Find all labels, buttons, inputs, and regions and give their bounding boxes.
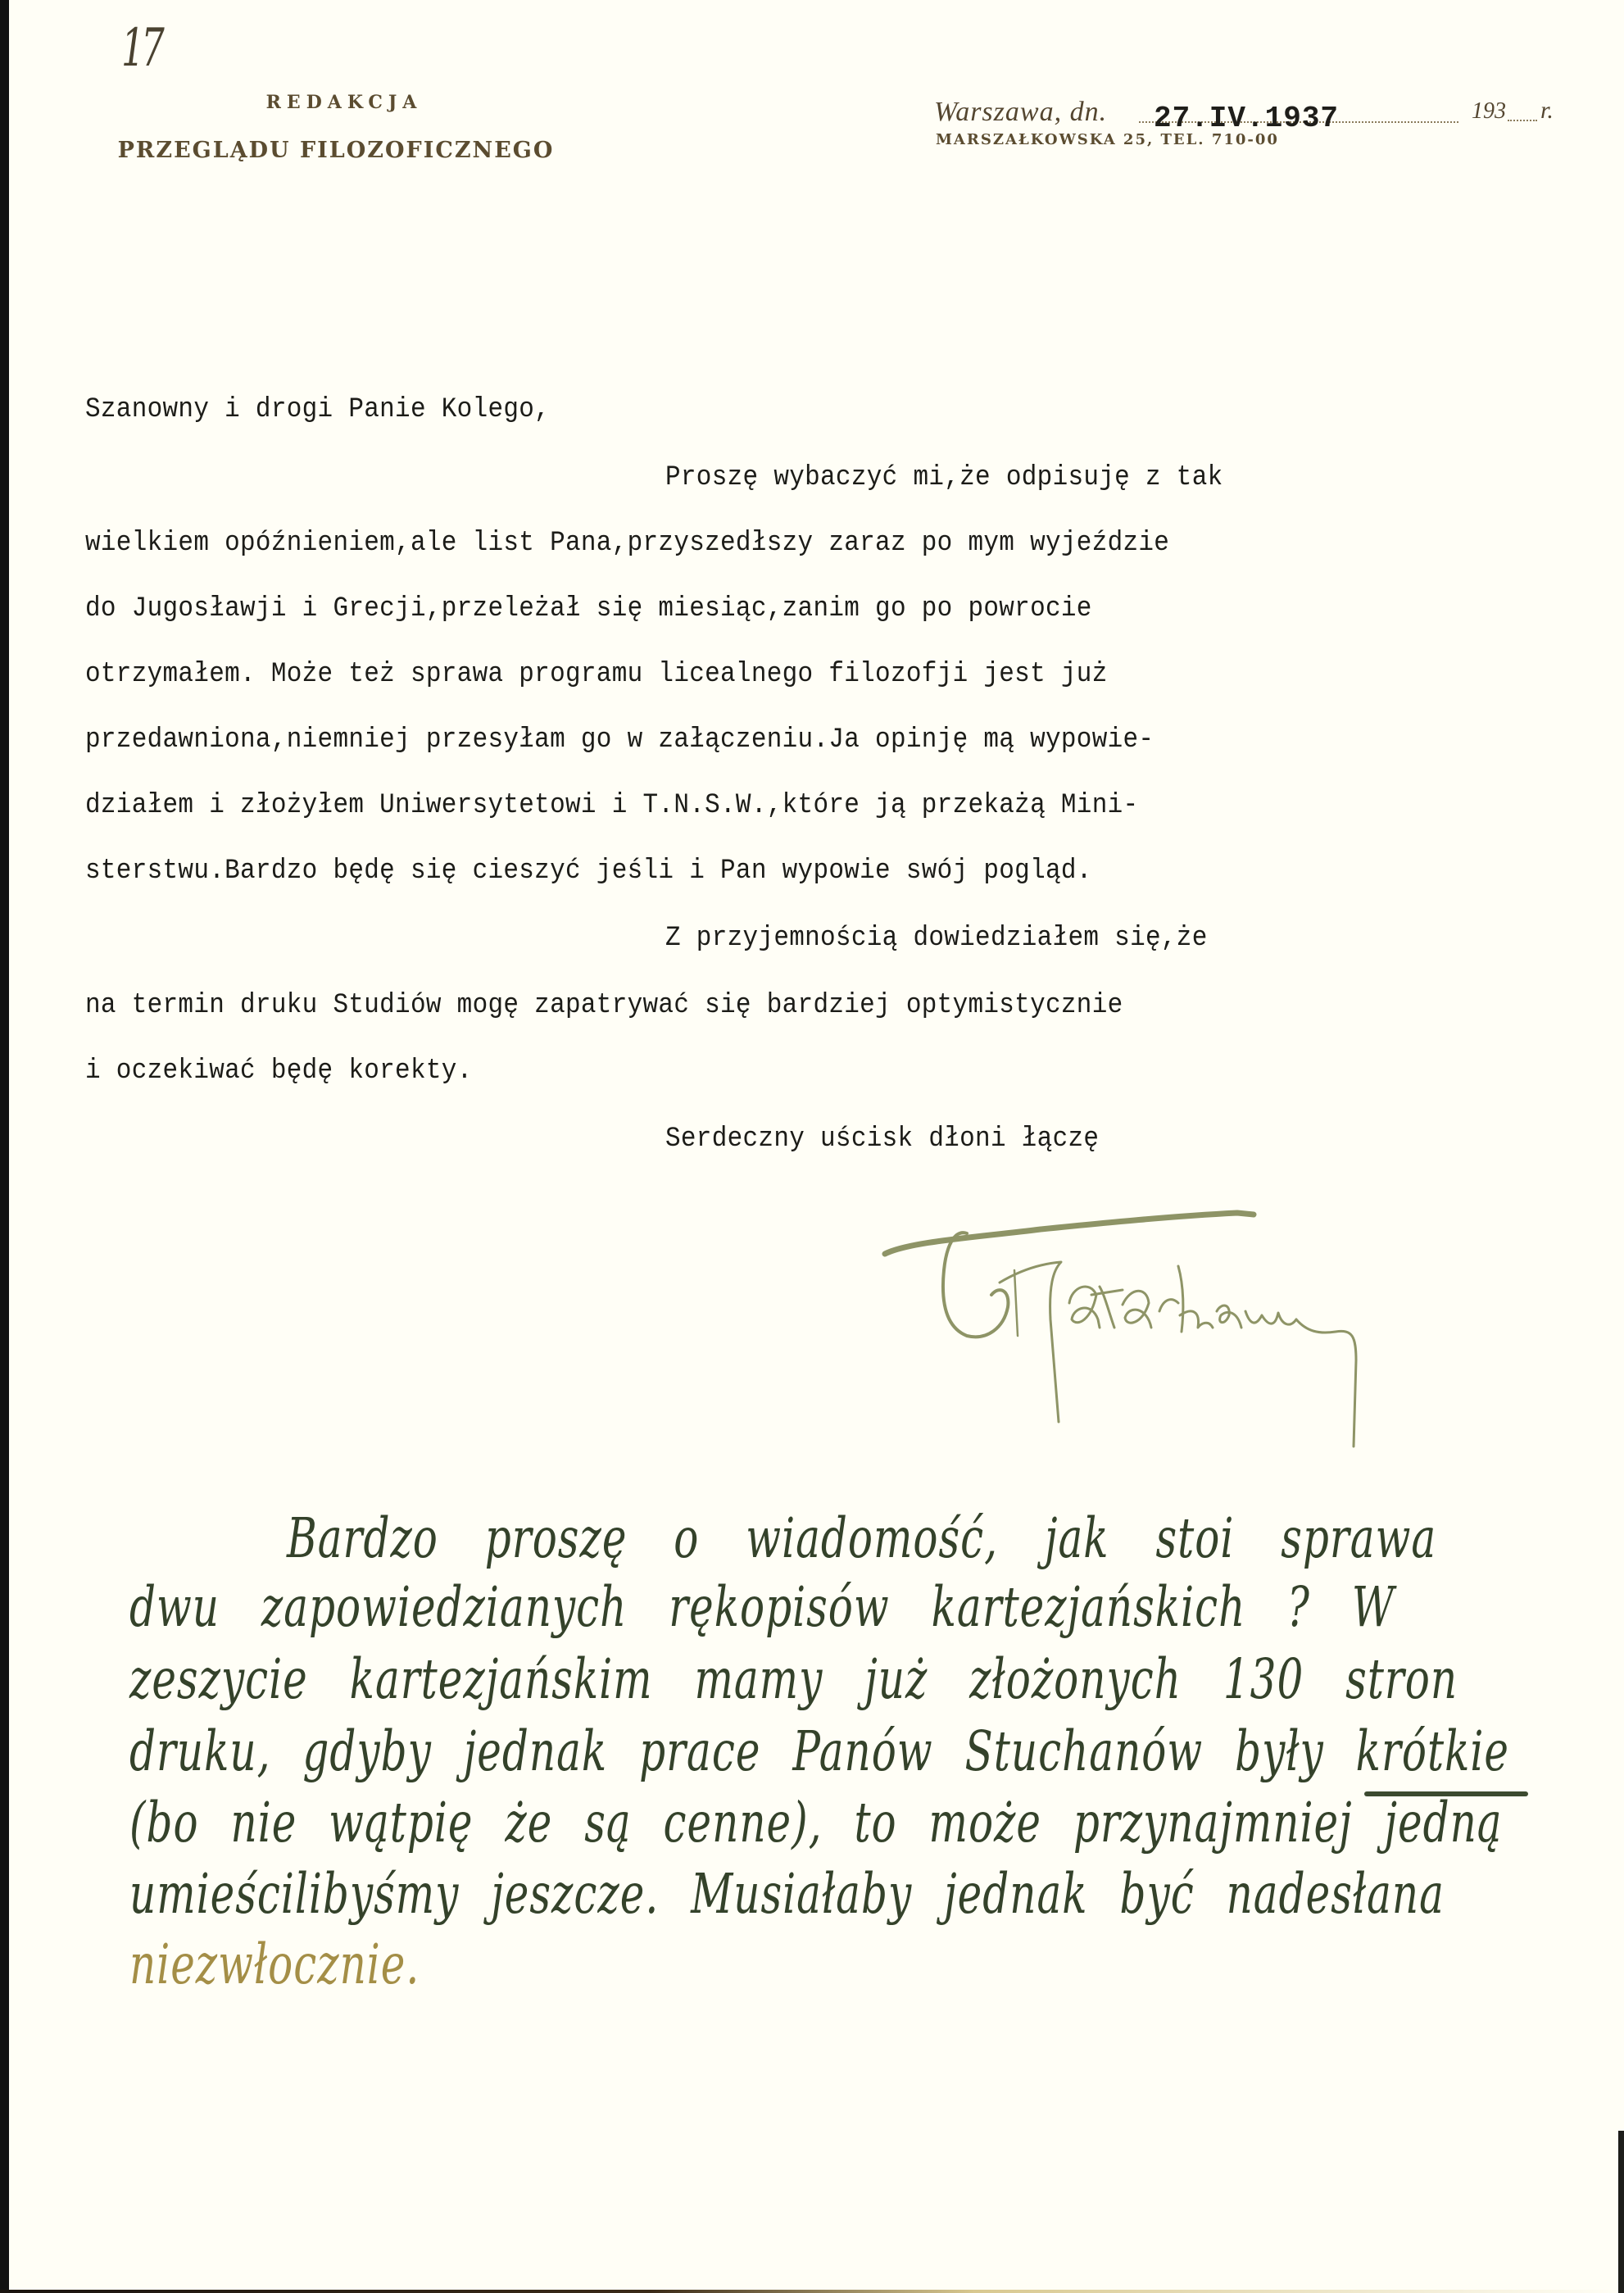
underline-mark (1364, 1791, 1528, 1796)
salutation: Szanowny i drogi Panie Kolego, (85, 393, 550, 425)
postscript-line-faded: niezwłocznie. (129, 1932, 420, 1996)
closing-line: Serdeczny uścisk dłoni łączę (665, 1123, 1099, 1155)
postscript-line: Bardzo proszę o wiadomość, jak stoi spra… (287, 1506, 1436, 1570)
postscript-line: umieścilibyśmy jeszcze. Musiałaby jednak… (129, 1862, 1445, 1926)
date-line: Warszawa, dn. 27.IV.1937 193 r. (934, 97, 1557, 133)
letterhead-address: MARSZAŁKOWSKA 25, TEL. 710-00 (936, 131, 1279, 148)
postscript-line-text: druku, gdyby jednak prace Panów Stuchanó… (129, 1719, 1509, 1783)
letterhead-publisher: REDAKCJA PRZEGLĄDU FILOZOFICZNEGO (82, 92, 590, 163)
body-line: wielkiem opóźnieniem,ale list Pana,przys… (85, 527, 1169, 559)
body-line: na termin druku Studiów mogę zapatrywać … (85, 989, 1123, 1021)
letterhead-journal-name: PRZEGLĄDU FILOZOFICZNEGO (82, 138, 590, 163)
year-suffix: r. (1540, 97, 1554, 125)
body-line: Z przyjemnością dowiedziałem się,że (665, 922, 1208, 954)
body-line: przedawniona,niemniej przesyłam go w zał… (85, 724, 1154, 756)
letter-page: 17 REDAKCJA PRZEGLĄDU FILOZOFICZNEGO War… (0, 0, 1624, 2293)
body-line: Proszę wybaczyć mi,że odpisuję z tak (665, 461, 1223, 493)
postscript-line: (bo nie wątpię że są cenne), to może prz… (129, 1791, 1503, 1855)
scan-bottom-border (0, 2290, 1624, 2293)
body-line: i oczekiwać będę korekty. (85, 1055, 473, 1087)
body-line: otrzymałem. Może też sprawa programu lic… (85, 658, 1108, 690)
scan-left-border (0, 0, 9, 2293)
typed-date: 27.IV.1937 (1154, 102, 1339, 135)
year-dotted-line (1508, 120, 1537, 121)
letterhead-date-block: Warszawa, dn. 27.IV.1937 193 r. MARSZAŁK… (934, 97, 1557, 133)
signature: W. Tatarkiewicz (877, 1205, 1450, 1451)
postscript-line: dwu zapowiedzianych rękopisów kartezjańs… (129, 1575, 1395, 1639)
letterhead-redakcja: REDAKCJA (98, 92, 590, 113)
place-label: Warszawa, dn. (934, 97, 1107, 128)
body-line: do Jugosławji i Grecji,przeleżał się mie… (85, 593, 1092, 624)
postscript-line: druku, gdyby jednak prace Panów Stuchanó… (129, 1719, 1509, 1783)
postscript-line: zeszycie kartezjańskim mamy już złożonyc… (129, 1647, 1458, 1711)
body-line: działem i złożyłem Uniwersytetowi i T.N.… (85, 789, 1138, 821)
year-prefix: 193 (1472, 98, 1506, 125)
folio-number: 17 (121, 18, 161, 79)
scan-right-border (1618, 2131, 1624, 2293)
body-line: sterstwu.Bardzo będę się cieszyć jeśli i… (85, 855, 1092, 887)
